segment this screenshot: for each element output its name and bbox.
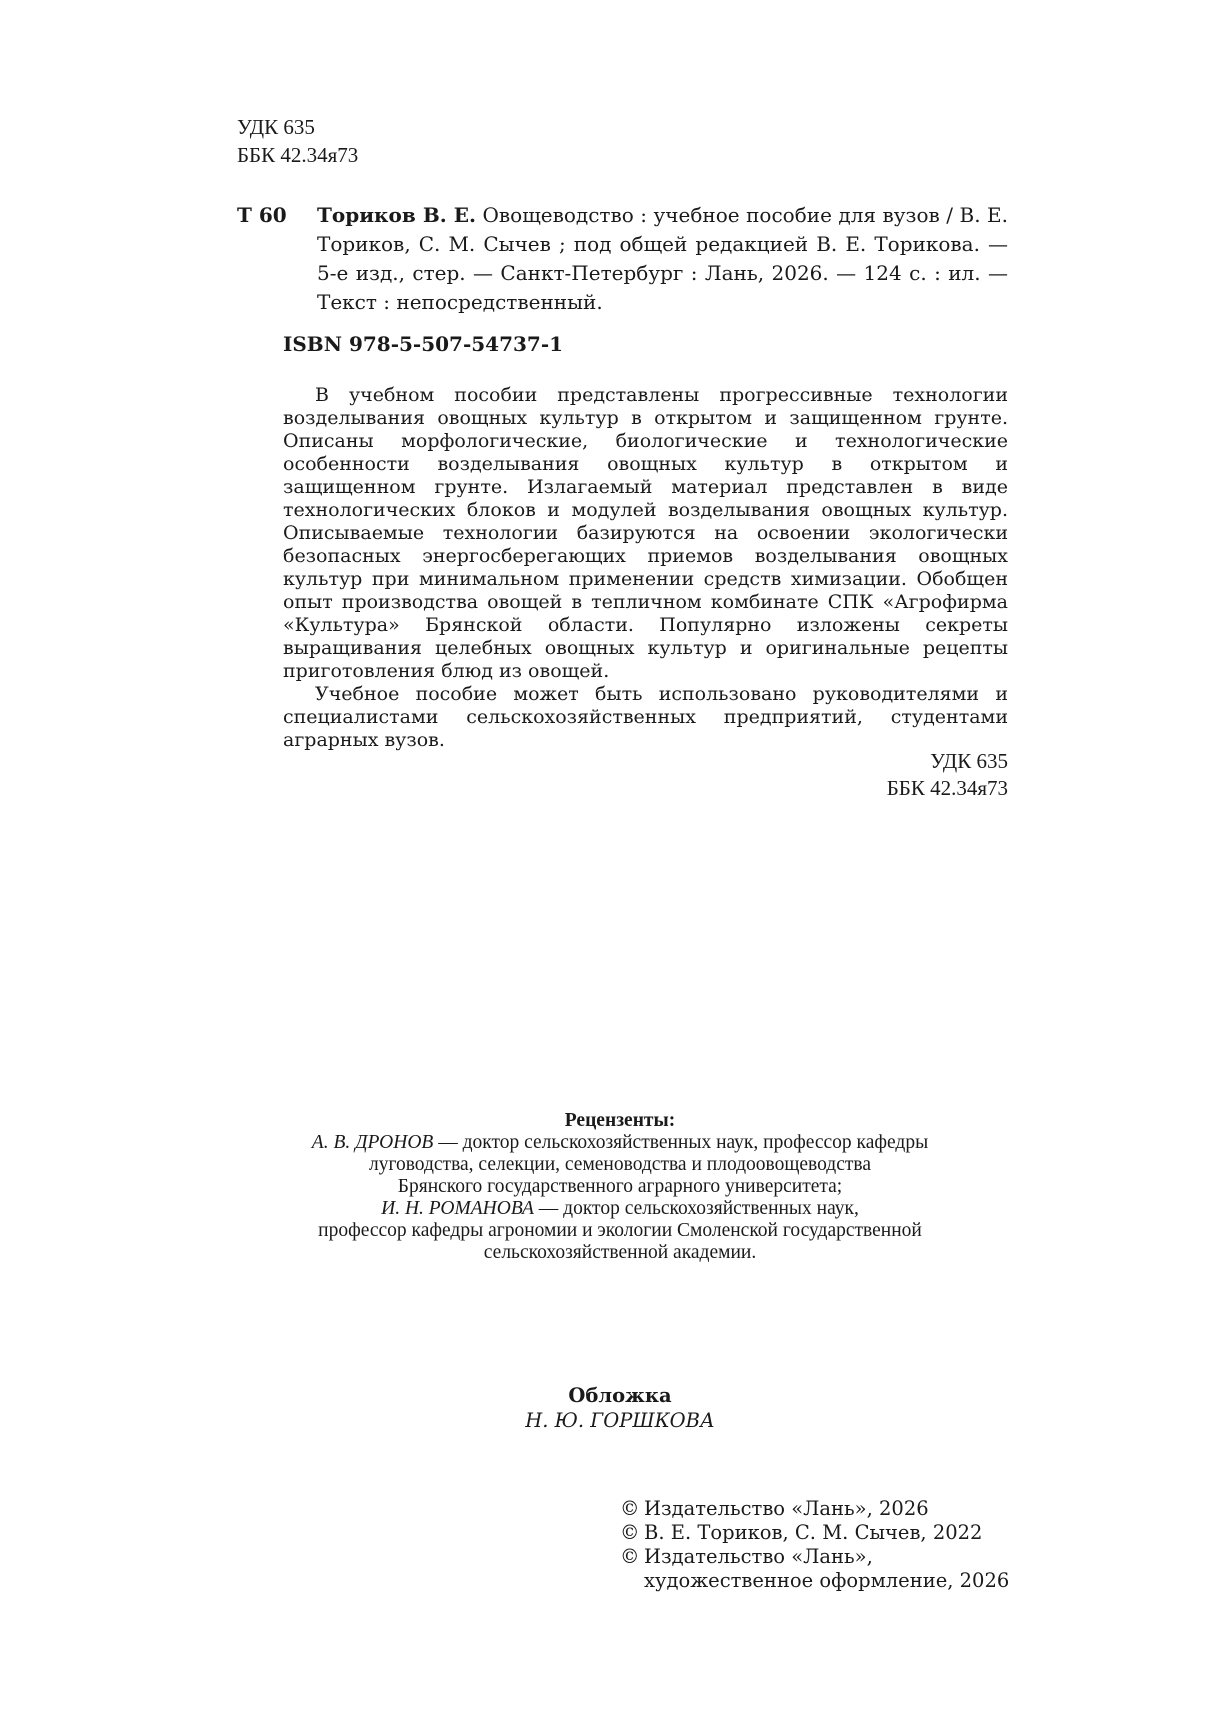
reviewer-affiliation: профессор кафедры агрономии и экологии С… (230, 1220, 1010, 1242)
classification-codes-top: УДК 635 ББК 42.34я73 (237, 113, 358, 169)
reviewer-affiliation: Брянского государственного аграрного уни… (230, 1176, 1010, 1198)
reviewer-credentials: — доктор сельскохозяйственных наук, (534, 1198, 859, 1219)
reviewers-section: Рецензенты: А. В. ДРОНОВ — доктор сельск… (230, 1110, 1010, 1264)
copyright-continuation: художественное оформление, 2026 (620, 1569, 1009, 1593)
abstract-paragraph: В учебном пособии представлены прогресси… (283, 384, 1008, 683)
bbk-code: ББК 42.34я73 (237, 141, 358, 169)
copyright-text: Издательство «Лань», 2026 (644, 1497, 929, 1521)
reviewer-name: И. Н. РОМАНОВА (381, 1198, 534, 1219)
reviewer-name: А. В. ДРОНОВ (312, 1132, 434, 1153)
cover-title: Обложка (520, 1383, 720, 1408)
reviewer-affiliation: сельскохозяйственной академии. (230, 1242, 1010, 1264)
copyright-text: Издательство «Лань», (644, 1545, 873, 1569)
copyright-text: В. Е. Ториков, С. М. Сычев, 2022 (644, 1521, 982, 1545)
bibliographic-record: Т 60 Ториков В. Е. Овощеводство : учебно… (237, 201, 1008, 317)
cover-credit: Обложка Н. Ю. ГОРШКОВА (520, 1383, 720, 1433)
bbk-code: ББК 42.34я73 (887, 775, 1008, 802)
copyright-icon: © (620, 1521, 644, 1545)
udk-code: УДК 635 (237, 113, 358, 141)
cover-designer: Н. Ю. ГОРШКОВА (520, 1408, 720, 1433)
author-mark: Т 60 (237, 201, 287, 230)
reviewer-entry: И. Н. РОМАНОВА — доктор сельскохозяйстве… (230, 1198, 1010, 1264)
copyright-block: © Издательство «Лань», 2026 © В. Е. Тори… (620, 1497, 1009, 1593)
reviewer-credentials: — доктор сельскохозяйственных наук, проф… (433, 1132, 928, 1153)
reviewer-entry: А. В. ДРОНОВ — доктор сельскохозяйственн… (230, 1132, 1010, 1198)
copyright-line: © Издательство «Лань», 2026 (620, 1497, 1009, 1521)
title-and-responsibility: Овощеводство : учебное пособие для вузов… (476, 203, 953, 227)
reviewers-title: Рецензенты: (230, 1110, 1010, 1132)
reviewer-affiliation: луговодства, селекции, семеноводства и п… (230, 1154, 1010, 1176)
copyright-icon: © (620, 1545, 644, 1569)
bibliographic-description: Ториков В. Е. Овощеводство : учебное пос… (317, 201, 1008, 317)
author-heading: Ториков В. Е. (317, 203, 476, 227)
abstract-paragraph: Учебное пособие может быть использовано … (283, 683, 1008, 752)
classification-codes-bottom: УДК 635 ББК 42.34я73 (887, 748, 1008, 802)
abstract: В учебном пособии представлены прогресси… (283, 384, 1008, 752)
udk-code: УДК 635 (887, 748, 1008, 775)
copyright-line: © В. Е. Ториков, С. М. Сычев, 2022 (620, 1521, 1009, 1545)
copyright-line: © Издательство «Лань», (620, 1545, 1009, 1569)
isbn: ISBN 978-5-507-54737-1 (283, 332, 563, 356)
copyright-icon: © (620, 1497, 644, 1521)
